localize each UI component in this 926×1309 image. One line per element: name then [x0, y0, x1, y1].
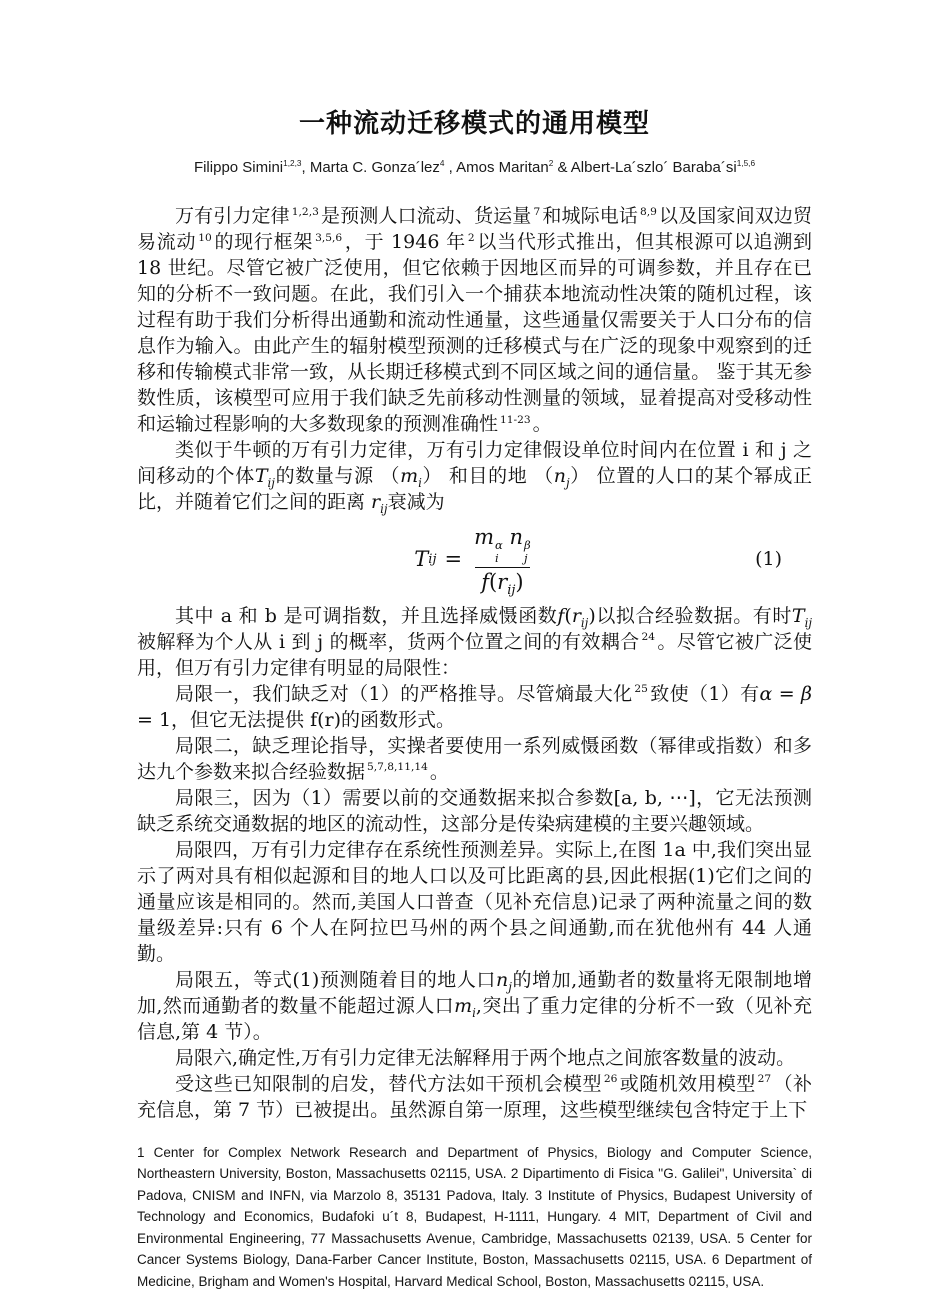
denominator-open-paren: (	[489, 570, 497, 594]
limitation-5-paragraph: 局限五，等式(1)预测随着目的地人口nj的增加,通勤者的数量将无限制地增加,然而…	[137, 967, 812, 1045]
paper-title: 一种流动迁移模式的通用模型	[137, 108, 812, 141]
authors-line: Filippo Simini1,2,3, Marta C. Gonza´lez4…	[137, 158, 812, 178]
abstract-paragraph: 万有引力定律1,2,3是预测人口流动、货运量7和城际电话8,9以及国家间双边贸易…	[137, 203, 812, 437]
numerator-m: m	[474, 525, 494, 549]
numerator-m-exponent: α	[495, 539, 503, 552]
limitation-2-paragraph: 局限二，缺乏理论指导，实操者要使用一系列威慑函数（幂律或指数）和多达九个参数来拟…	[137, 733, 812, 785]
equation-fraction: mαi nβj f(rij)	[470, 525, 535, 595]
numerator-n-scripts: βj	[524, 539, 531, 564]
limitation-3-paragraph: 局限三，因为（1）需要以前的交通数据来拟合参数[a, b, ⋯]，它无法预测缺乏…	[137, 785, 812, 837]
denominator-close-paren: )	[515, 570, 523, 594]
equation-lhs-variable: T	[414, 547, 428, 572]
gravity-law-intro-paragraph: 类似于牛顿的万有引力定律，万有引力定律假设单位时间内在位置 i 和 j 之间移动…	[137, 437, 812, 515]
equation-number: (1)	[535, 548, 812, 571]
fraction-denominator: f(rij)	[475, 567, 529, 595]
equals-sign: =	[444, 547, 462, 572]
equation-1: Tij = mαi nβj f(rij)	[414, 525, 534, 595]
alternative-models-paragraph: 受这些已知限制的启发，替代方法如干预机会模型26或随机效用模型27（补充信息，第…	[137, 1071, 812, 1123]
denominator-function: f	[481, 570, 489, 594]
numerator-n-exponent: β	[524, 539, 531, 552]
affiliations-footnote: 1 Center for Complex Network Research an…	[137, 1142, 812, 1293]
numerator-n: n	[510, 525, 524, 549]
limitation-6-paragraph: 局限六,确定性,万有引力定律无法解释用于两个地点之间旅客数量的波动。	[137, 1045, 812, 1071]
numerator-m-scripts: αi	[495, 539, 503, 564]
denominator-variable: r	[497, 570, 507, 594]
tunable-exponents-paragraph: 其中 a 和 b 是可调指数，并且选择威慑函数f(rij)以拟合经验数据。有时T…	[137, 603, 812, 681]
limitation-1-paragraph: 局限一，我们缺乏对（1）的严格推导。尽管熵最大化25致使（1）有α = β = …	[137, 681, 812, 733]
fraction-numerator: mαi nβj	[470, 525, 535, 567]
document-page: 一种流动迁移模式的通用模型 Filippo Simini1,2,3, Marta…	[0, 0, 926, 1309]
equation-block: Tij = mαi nβj f(rij) (1)	[137, 525, 812, 595]
numerator-m-subscript: i	[495, 552, 499, 565]
numerator-n-subscript: j	[524, 552, 528, 565]
limitation-4-paragraph: 局限四，万有引力定律存在系统性预测差异。实际上,在图 1a 中,我们突出显示了两…	[137, 837, 812, 967]
